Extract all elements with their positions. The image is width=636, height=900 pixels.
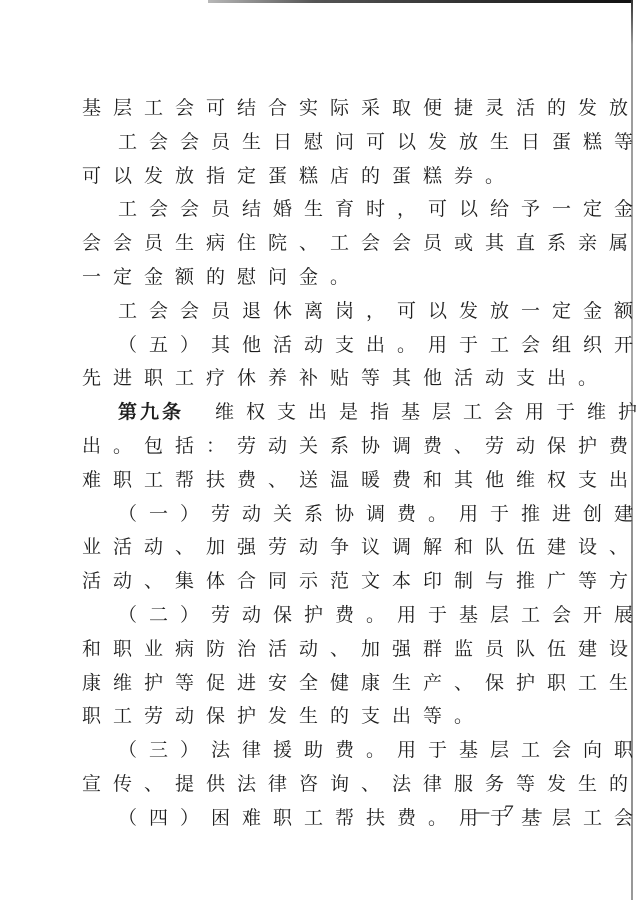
text-line: （二）劳动保护费。用于基层工会开展群众性安全生产: [118, 602, 636, 628]
text-line: 活动、集体合同示范文本印制与推广等方面的支出。: [82, 568, 636, 594]
text-line: 第九条 维权支出是指基层工会用于维护职工权益的支: [118, 399, 636, 425]
line-text: 会会员生病住院、工会会员或其直系亲属去世时，可以给予: [82, 232, 636, 254]
line-text: 职工劳动保护发生的支出等。: [82, 705, 485, 727]
text-line: （三）法律援助费。用于基层工会向职工群众开展法治: [118, 737, 636, 763]
text-line: （四）困难职工帮扶费。用于基层工会对困难职工提供: [118, 805, 636, 831]
text-line: 出。包括：劳动关系协调费、劳动保护费、法律援助费、困: [82, 433, 636, 459]
line-text: 宣传、提供法律咨询、法律服务等发生的支出。: [82, 773, 636, 795]
text-line: 职工劳动保护发生的支出等。: [82, 703, 485, 729]
text-line: 宣传、提供法律咨询、法律服务等发生的支出。: [82, 771, 636, 797]
text-line: （五）其他活动支出。用于工会组织开展的劳动模范和: [118, 332, 636, 358]
line-text: 工会会员结婚生育时，可以给予一定金额的慰问品。工: [118, 198, 636, 220]
text-line: 会会员生病住院、工会会员或其直系亲属去世时，可以给予: [82, 230, 636, 256]
line-text: 工会会员退休离岗，可以发放一定金额的纪念品。: [118, 300, 636, 322]
line-text: 一定金额的慰问金。: [82, 266, 361, 288]
line-text: （二）劳动保护费。用于基层工会开展群众性安全生产: [118, 604, 636, 626]
text-line: 工会会员退休离岗，可以发放一定金额的纪念品。: [118, 298, 636, 324]
line-text: 出。包括：劳动关系协调费、劳动保护费、法律援助费、困: [82, 435, 636, 457]
line-text: 可以发放指定蛋糕店的蛋糕券。: [82, 165, 516, 187]
text-line: 康维护等促进安全健康生产、保护职工生命安全为宗旨开展: [82, 670, 636, 696]
line-text: （一）劳动关系协调费。用于推进创建劳动关系和谐企: [118, 503, 636, 525]
line-text: 活动、集体合同示范文本印制与推广等方面的支出。: [82, 570, 636, 592]
text-line: 可以发放指定蛋糕店的蛋糕券。: [82, 163, 516, 189]
spacer: [184, 401, 215, 423]
text-line: 一定金额的慰问金。: [82, 264, 361, 290]
line-text: 难职工帮扶费、送温暖费和其他维权支出。: [82, 469, 636, 491]
line-text: （四）困难职工帮扶费。用于基层工会对困难职工提供: [118, 807, 636, 829]
line-text: 先进职工疗休养补贴等其他活动支出。: [82, 367, 609, 389]
scan-edge-top: [208, 0, 632, 3]
line-text: （三）法律援助费。用于基层工会向职工群众开展法治: [118, 739, 636, 761]
article-heading: 第九条: [118, 401, 184, 423]
line-text: 和职业病防治活动、加强群监员队伍建设、开展职工心理健: [82, 638, 636, 660]
line-text: 康维护等促进安全健康生产、保护职工生命安全为宗旨开展: [82, 672, 636, 694]
text-line: （一）劳动关系协调费。用于推进创建劳动关系和谐企: [118, 501, 636, 527]
page-number: — 7 —: [474, 800, 546, 824]
text-line: 和职业病防治活动、加强群监员队伍建设、开展职工心理健: [82, 636, 636, 662]
text-line: 工会会员结婚生育时，可以给予一定金额的慰问品。工: [118, 196, 636, 222]
text-line: 基层工会可结合实际采取便捷灵活的发放方式。: [82, 95, 636, 121]
line-text: （五）其他活动支出。用于工会组织开展的劳动模范和: [118, 334, 636, 356]
line-text: 基层工会可结合实际采取便捷灵活的发放方式。: [82, 97, 636, 119]
text-line: 工会会员生日慰问可以发放生日蛋糕等实物慰问品，也: [118, 129, 636, 155]
line-text: 维权支出是指基层工会用于维护职工权益的支: [215, 401, 636, 423]
line-text: 工会会员生日慰问可以发放生日蛋糕等实物慰问品，也: [118, 131, 636, 153]
text-line: 先进职工疗休养补贴等其他活动支出。: [82, 365, 609, 391]
text-line: 难职工帮扶费、送温暖费和其他维权支出。: [82, 467, 636, 493]
text-line: 业活动、加强劳动争议调解和队伍建设、开展劳动合同咨询: [82, 534, 636, 560]
line-text: 业活动、加强劳动争议调解和队伍建设、开展劳动合同咨询: [82, 536, 636, 558]
